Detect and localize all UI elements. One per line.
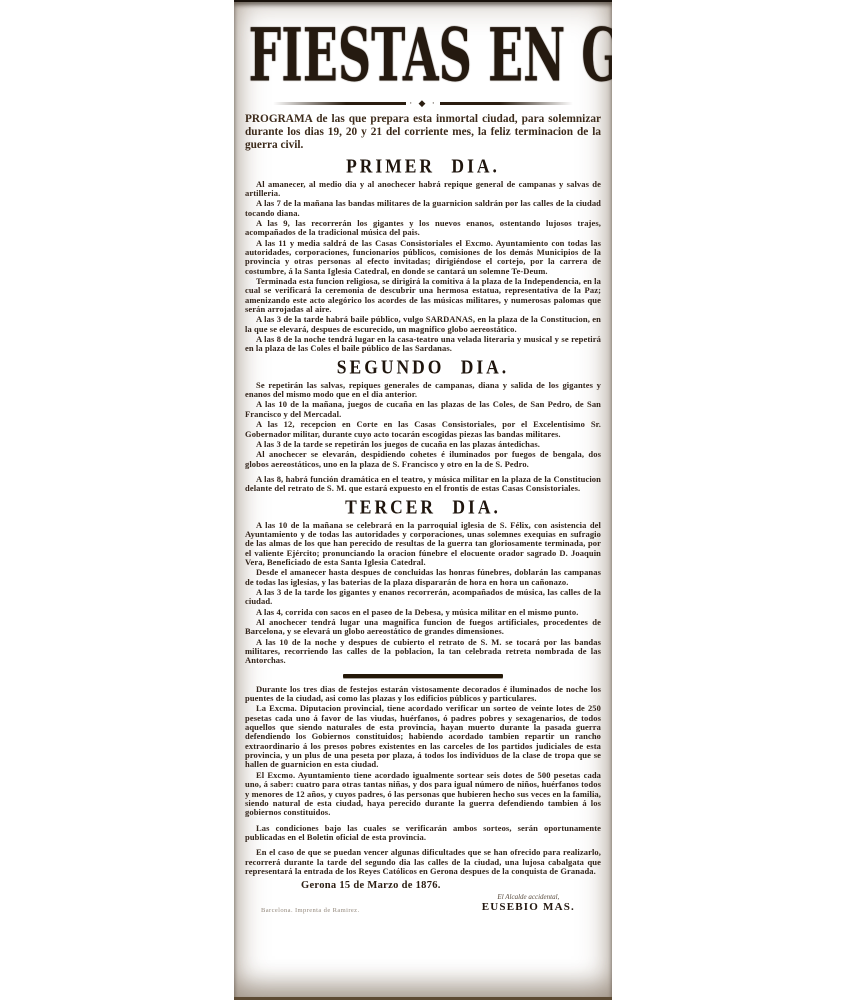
signature-name: EUSEBIO MAS. bbox=[482, 901, 575, 913]
program-paragraph: Las condiciones bajo las cuales se verif… bbox=[245, 824, 601, 843]
program-paragraph: A las 10 de la mañana se celebrará en la… bbox=[245, 521, 601, 568]
divider-line-left bbox=[273, 102, 406, 105]
section-divider-rule bbox=[343, 674, 503, 678]
program-paragraph: Al amanecer, al medio dia y al anochecer… bbox=[245, 180, 601, 199]
program-paragraph: A las 7 de la mañana las bandas militare… bbox=[245, 199, 601, 218]
poster-title: FIESTAS EN GERONA bbox=[249, 14, 598, 99]
program-paragraph: A las 12, recepcion en Corte en las Casa… bbox=[245, 420, 601, 439]
program-paragraph: Al anochecer se elevarán, despidiendo co… bbox=[245, 450, 601, 469]
day-section: SEGUNDO DIA.Se repetirán las salvas, rep… bbox=[245, 357, 601, 494]
program-paragraph: A las 3 de la tarde se repetirán los jue… bbox=[245, 440, 601, 449]
program-paragraph: A las 8 de la noche tendrá lugar en la c… bbox=[245, 335, 601, 354]
day-heading: PRIMER DIA. bbox=[245, 154, 601, 178]
program-paragraph: A las 4, corrida con sacos en el paseo d… bbox=[245, 608, 601, 617]
poster-footer: Gerona 15 de Marzo de 1876. Barcelona. I… bbox=[245, 880, 601, 914]
day-section: PRIMER DIA.Al amanecer, al medio dia y a… bbox=[245, 156, 601, 354]
program-intro: PROGRAMA de las que prepara esta inmorta… bbox=[245, 113, 601, 153]
program-paragraph: Durante los tres dias de festejos estará… bbox=[245, 685, 601, 704]
diamond-ornament-icon: · ◆ · bbox=[406, 99, 439, 107]
program-paragraph: En el caso de que se puedan vencer algun… bbox=[245, 848, 601, 876]
program-paragraph: Al anochecer tendrá lugar una magnifica … bbox=[245, 618, 601, 637]
program-paragraph: El Excmo. Ayuntamiento tiene acordado ig… bbox=[245, 771, 601, 818]
dateline: Gerona 15 de Marzo de 1876. bbox=[301, 880, 601, 891]
day-heading: SEGUNDO DIA. bbox=[245, 356, 601, 380]
program-paragraph: Se repetirán las salvas, repiques genera… bbox=[245, 381, 601, 400]
program-paragraph: A las 3 de la tarde los gigantes y enano… bbox=[245, 588, 601, 607]
program-paragraph: La Excma. Diputacion provincial, tiene a… bbox=[245, 704, 601, 769]
program-paragraph: A las 11 y media saldrá de las Casas Con… bbox=[245, 239, 601, 276]
printer-imprint: Barcelona. Imprenta de Ramirez. bbox=[261, 907, 359, 914]
day-section: TERCER DIA.A las 10 de la mañana se cele… bbox=[245, 497, 601, 666]
sections: PRIMER DIA.Al amanecer, al medio dia y a… bbox=[245, 156, 601, 877]
ornament-divider: · ◆ · bbox=[273, 99, 573, 107]
program-paragraph: A las 3 de la tarde habrá baile público,… bbox=[245, 315, 601, 334]
divider-line-right bbox=[440, 102, 573, 105]
signature-block: El Alcalde accidental, EUSEBIO MAS. bbox=[482, 893, 575, 913]
signature-role: El Alcalde accidental, bbox=[482, 893, 575, 901]
day-section: Durante los tres dias de festejos estará… bbox=[245, 685, 601, 877]
footer-row: Barcelona. Imprenta de Ramirez. El Alcal… bbox=[245, 893, 601, 914]
day-heading: TERCER DIA. bbox=[245, 495, 601, 519]
program-paragraph: Terminada esta funcion religiosa, se dir… bbox=[245, 277, 601, 314]
program-paragraph: A las 8, habrá función dramática en el t… bbox=[245, 475, 601, 494]
program-paragraph: Desde el amanecer hasta despues de concl… bbox=[245, 568, 601, 587]
program-paragraph: A las 10 de la mañana, juegos de cucaña … bbox=[245, 400, 601, 419]
poster: FIESTAS EN GERONA · ◆ · PROGRAMA de las … bbox=[234, 0, 612, 1000]
program-paragraph: A las 9, las recorrerán los gigantes y l… bbox=[245, 219, 601, 238]
program-paragraph: A las 10 de la noche y despues de cubier… bbox=[245, 638, 601, 666]
